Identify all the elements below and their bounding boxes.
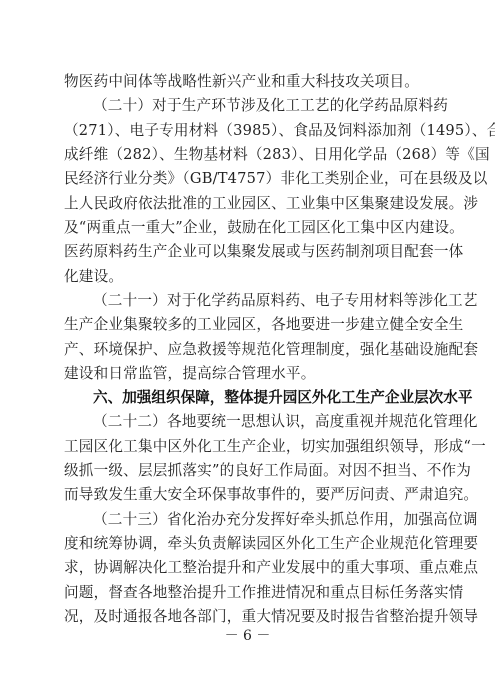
text-line: （271）、电子专用材料（3985）、食品及饲料添加剂（1495）、合 bbox=[64, 120, 432, 142]
paragraph-22-start: （二十二）各地要统一思想认识，高度重视并规范化管理化 bbox=[93, 411, 432, 433]
text-line: 生产企业集聚较多的工业园区，各地要进一步建立健全安全生 bbox=[64, 314, 432, 336]
paragraph-20-start: （二十）对于生产环节涉及化工工艺的化学药品原料药 bbox=[93, 95, 432, 117]
text-line: 成纤维（282）、生物基材料（283）、日用化学品（268）等《国 bbox=[64, 144, 432, 166]
text-line: 民经济行业分类》（GB/T4757）非化工类别企业，可在县级及以 bbox=[64, 168, 432, 190]
text-line: 度和统筹协调，牵头负责解读园区外化工生产企业规范化管理要 bbox=[64, 533, 432, 555]
text-line: 求，协调解决化工整治提升和产业发展中的重大事项、重点难点 bbox=[64, 557, 432, 579]
text-line: 及“两重点一重大”企业，鼓励在化工园区化工集中区内建设。 bbox=[64, 217, 432, 239]
paragraph-23-start: （二十三）省化治办充分发挥好牵头抓总作用，加强高位调 bbox=[93, 509, 432, 531]
text-line: 建设和日常监管，提高综合管理水平。 bbox=[64, 363, 432, 385]
paragraph-21-start: （二十一）对于化学药品原料药、电子专用材料等涉化工艺 bbox=[93, 290, 432, 312]
text-line: 上人民政府依法批准的工业园区、工业集中区集聚建设发展。涉 bbox=[64, 193, 432, 215]
text-line: 工园区化工集中区外化工生产企业，切实加强组织领导，形成“一 bbox=[64, 436, 432, 458]
text-line: 物医药中间体等战略性新兴产业和重大科技攻关项目。 bbox=[64, 71, 432, 93]
section-heading: 六、加强组织保障，整体提升园区外化工生产企业层次水平 bbox=[93, 387, 438, 409]
document-page: 物医药中间体等战略性新兴产业和重大科技攻关项目。 （二十）对于生产环节涉及化工工… bbox=[0, 0, 495, 700]
text-line: 化建设。 bbox=[64, 266, 432, 288]
text-line: 而导致发生重大安全环保事故事件的，要严厉问责、严肃追究。 bbox=[64, 484, 432, 506]
text-line: 级抓一级、层层抓落实”的良好工作局面。对因不担当、不作为 bbox=[64, 460, 432, 482]
text-line: 问题，督查各地整治提升工作推进情况和重点目标任务落实情 bbox=[64, 582, 432, 604]
page-number: － 6 － bbox=[0, 625, 495, 645]
text-line: 医药原料药生产企业可以集聚发展或与医药制剂项目配套一体 bbox=[64, 241, 432, 263]
text-line: 产、环境保护、应急救援等规范化管理制度，强化基础设施配套 bbox=[64, 339, 432, 361]
